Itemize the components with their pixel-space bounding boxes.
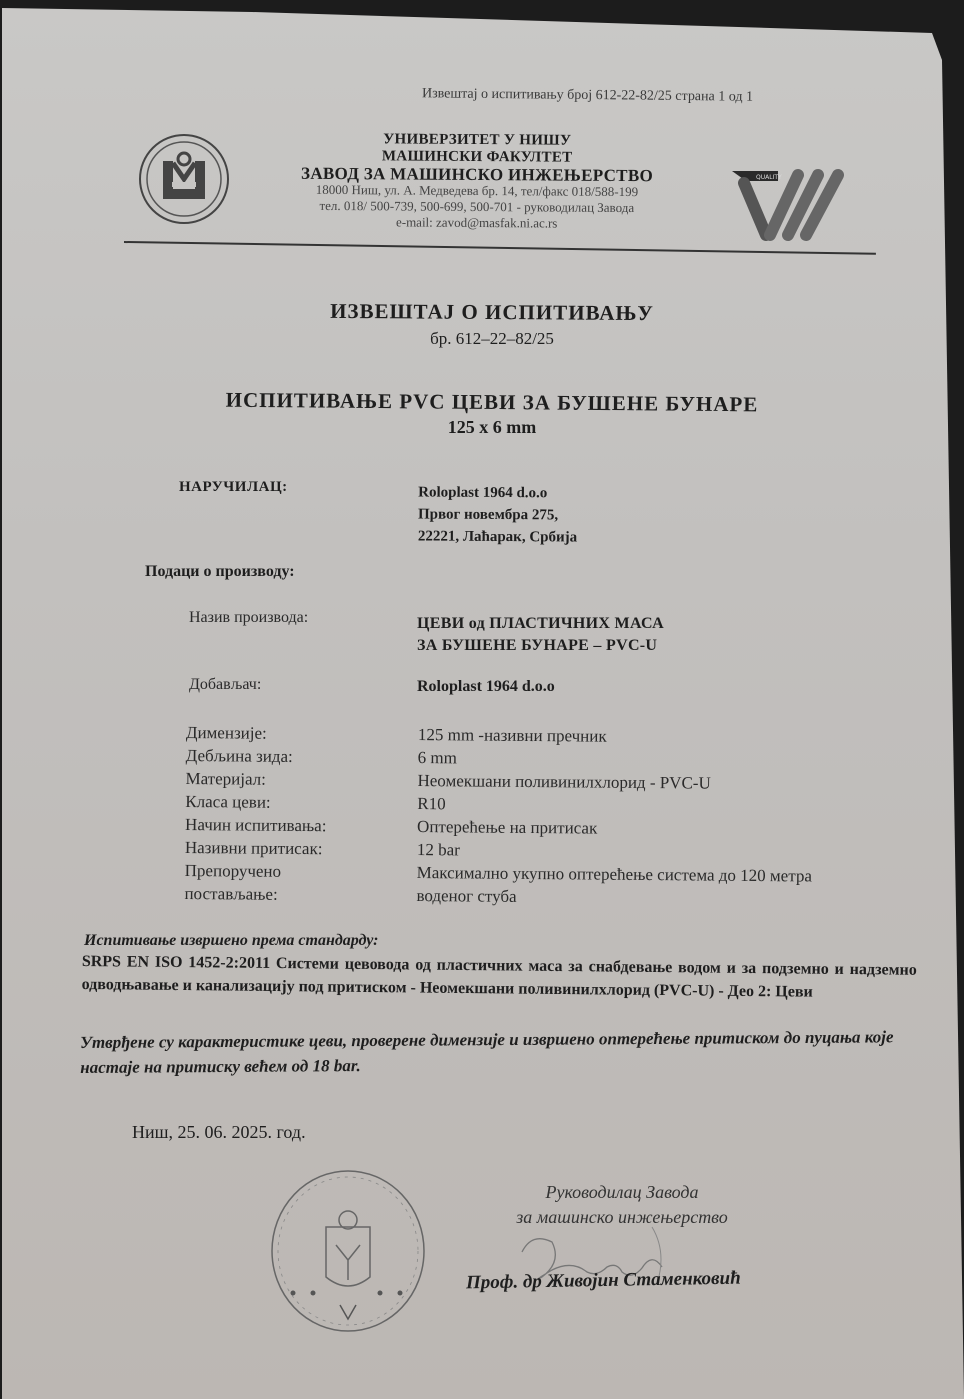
report-subject: ИСПИТИВАЊЕ PVC ЦЕВИ ЗА БУШЕНЕ БУНАРЕ (182, 387, 802, 417)
spec-label: постављање: (184, 882, 416, 907)
product-name-label: Назив производа: (189, 609, 308, 627)
university-emblem-icon (138, 133, 230, 225)
spec-value: Оптерећење на притисак (417, 815, 812, 841)
client-line: Првог новембра 275, (418, 503, 577, 526)
spec-label: Препоручено (185, 859, 417, 884)
spec-label: Материјал: (185, 767, 417, 792)
test-finding: Утврђене су карактеристике цеви, провере… (80, 1024, 925, 1080)
spec-value: 6 mm (418, 746, 813, 772)
spec-value: R10 (417, 792, 812, 818)
spec-value: 125 mm -називни пречник (418, 723, 813, 749)
product-section-heading: Подаци о производу: (145, 563, 295, 581)
institution-email: e-mail: zavod@masfak.ni.ac.rs (242, 213, 712, 232)
spec-label: Начин испитивања: (185, 813, 417, 838)
institution-header: УНИВЕРЗИТЕТ У НИШУ МАШИНСКИ ФАКУЛТЕТ ЗАВ… (242, 130, 713, 232)
standard-text: SRPS EN ISO 1452-2:2011 Системи цевовода… (82, 950, 917, 1005)
product-specs: Димензије:125 mm -називни пречник Дебљин… (184, 721, 813, 910)
quality-iso-logo-icon: QUALITY (726, 165, 852, 245)
spec-label: Дебљина зида: (186, 744, 418, 769)
page-reference: Извештај о испитивању број 612-22-82/25 … (422, 86, 753, 105)
client-label: НАРУЧИЛАЦ: (179, 479, 288, 496)
svg-text:QUALITY: QUALITY (756, 174, 782, 181)
supplier-label: Добављач: (189, 676, 261, 694)
institution-line: ЗАВОД ЗА МАШИНСКО ИНЖЕЊЕРСТВО (242, 164, 712, 184)
report-date: Ниш, 25. 06. 2025. год. (132, 1122, 306, 1143)
spec-label: Димензије: (186, 721, 418, 746)
client-line: 22221, Лаћарак, Србија (418, 525, 577, 548)
spec-label: Класа цеви: (185, 790, 417, 815)
product-name-line: ЗА БУШЕНЕ БУНАРЕ – PVC-U (417, 635, 664, 657)
spec-value: 12 bar (417, 838, 812, 864)
report-number: бр. 612–22–82/25 (182, 329, 802, 349)
product-name-line: ЦЕВИ од ПЛАСТИЧНИХ МАСА (417, 613, 664, 635)
spec-label: Називни притисак: (185, 836, 417, 861)
standard-heading: Испитивање извршено према стандарду: (84, 932, 379, 950)
client-details: Roloplast 1964 d.o.o Првог новембра 275,… (418, 481, 578, 548)
report-title: ИЗВЕШТАЈ О ИСПИТИВАЊУ (182, 298, 802, 327)
signatory-title: Руководилац Завода (492, 1182, 752, 1203)
official-stamp-icon (268, 1165, 430, 1335)
product-name-value: ЦЕВИ од ПЛАСТИЧНИХ МАСА ЗА БУШЕНЕ БУНАРЕ… (417, 613, 664, 657)
spec-value: Неомекшани поливинилхлорид - PVC-U (417, 769, 812, 795)
document-page: Извештај о испитивању број 612-22-82/25 … (2, 0, 964, 1399)
report-size: 125 x 6 mm (182, 417, 802, 438)
supplier-value: Roloplast 1964 d.o.o (417, 678, 555, 696)
client-line: Roloplast 1964 d.o.o (418, 481, 577, 504)
spec-value: воденог стуба (416, 884, 811, 910)
spec-value: Максимално укупно оптерећење система до … (417, 861, 812, 887)
